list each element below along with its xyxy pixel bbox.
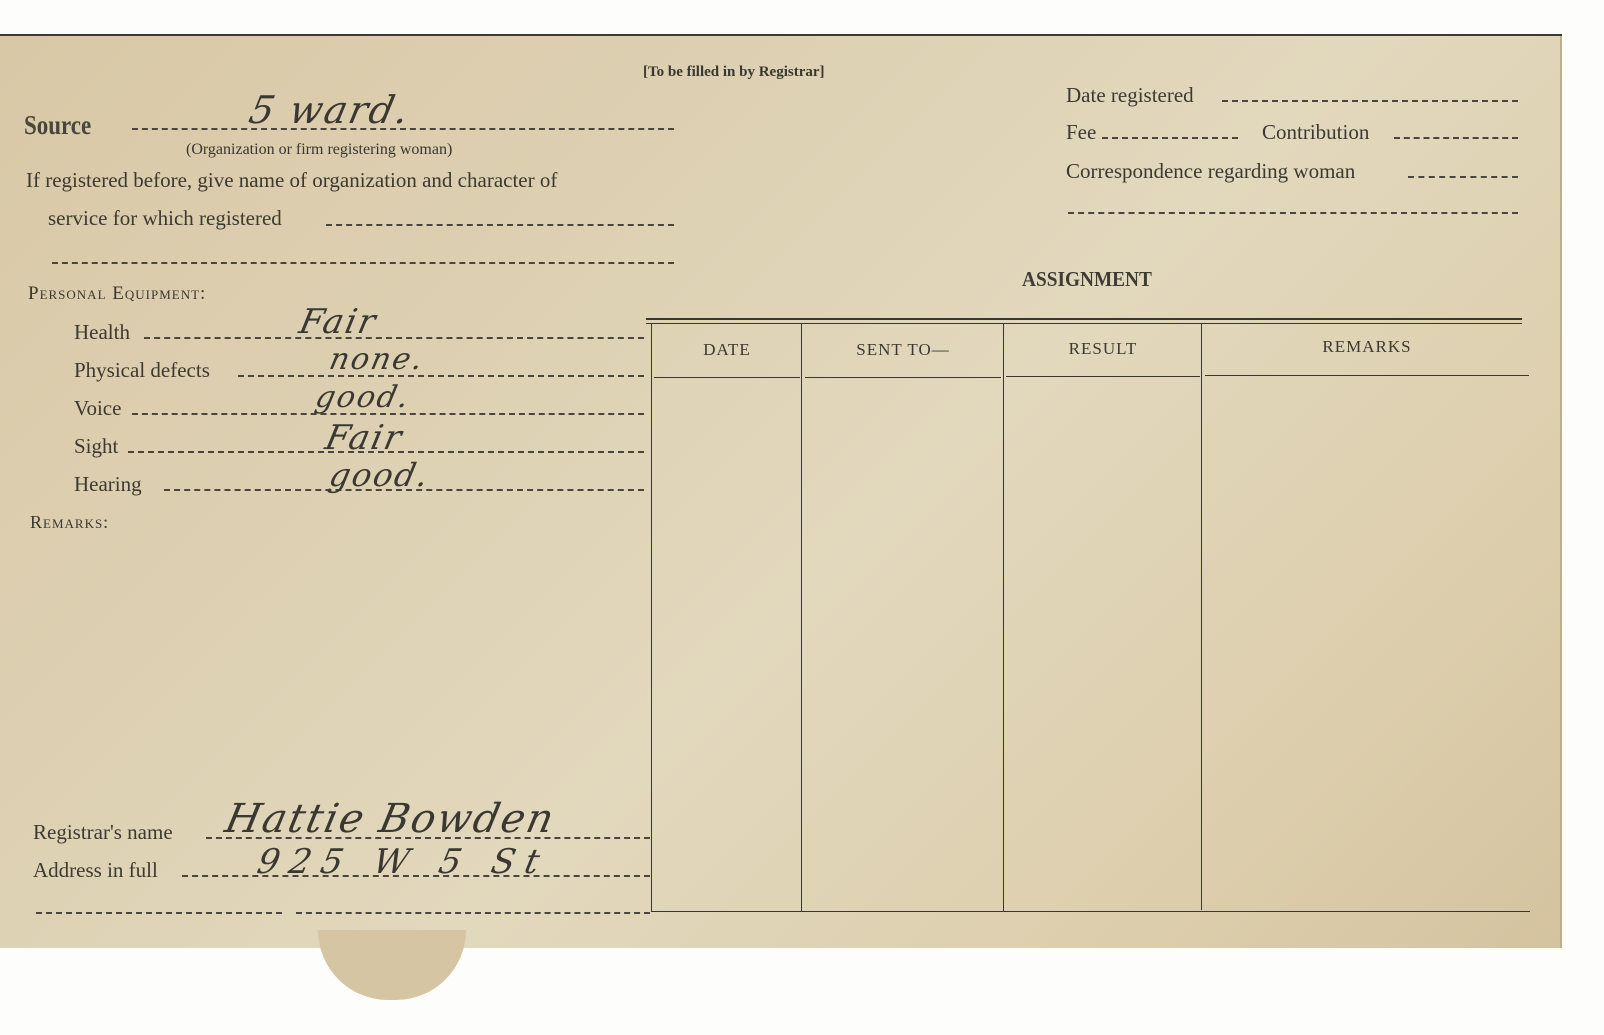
voice-label: Voice bbox=[74, 396, 121, 421]
extra-line-2[interactable] bbox=[296, 912, 650, 914]
hearing-label: Hearing bbox=[74, 472, 142, 497]
source-value[interactable]: 5 ward. bbox=[245, 88, 414, 132]
header-rule-date bbox=[654, 377, 800, 378]
header-rule-sent bbox=[805, 377, 1001, 378]
date-registered-field[interactable] bbox=[1222, 100, 1518, 102]
address-value[interactable]: 925 W 5 St bbox=[254, 842, 553, 882]
date-cell-area[interactable] bbox=[654, 380, 800, 910]
header-rule-remarks bbox=[1205, 375, 1529, 376]
address-label: Address in full bbox=[33, 858, 158, 883]
registrar-name-value[interactable]: Hattie Bowden bbox=[221, 796, 560, 842]
table-left-border bbox=[651, 324, 652, 912]
extra-line-1[interactable] bbox=[36, 912, 282, 914]
source-label: Source bbox=[24, 110, 91, 141]
personal-equipment-heading: Personal Equipment: bbox=[28, 283, 206, 305]
correspondence-field[interactable] bbox=[1408, 176, 1518, 178]
sight-label: Sight bbox=[74, 434, 118, 459]
col-divider-1 bbox=[801, 324, 802, 912]
health-line bbox=[144, 337, 644, 339]
fee-label: Fee bbox=[1066, 120, 1096, 145]
table-top-rule bbox=[646, 318, 1522, 320]
registered-before-line2: service for which registered bbox=[48, 206, 282, 231]
column-header-result: RESULT bbox=[1006, 339, 1200, 359]
registrar-name-label: Registrar's name bbox=[33, 820, 173, 845]
registrar-note: [To be filled in by Registrar] bbox=[643, 64, 825, 81]
assignment-title: ASSIGNMENT bbox=[1022, 267, 1152, 292]
health-value[interactable]: Fair bbox=[296, 302, 381, 342]
registered-before-field[interactable] bbox=[326, 224, 674, 226]
physical-defects-line bbox=[238, 375, 644, 377]
health-label: Health bbox=[74, 320, 130, 345]
correspondence-label: Correspondence regarding woman bbox=[1066, 159, 1355, 184]
column-header-remarks: REMARKS bbox=[1205, 337, 1529, 357]
hearing-value[interactable]: good. bbox=[326, 456, 434, 494]
col-divider-2 bbox=[1003, 324, 1004, 912]
date-registered-label: Date registered bbox=[1066, 83, 1194, 108]
physical-defects-label: Physical defects bbox=[74, 358, 210, 383]
voice-value[interactable]: good. bbox=[312, 380, 414, 415]
source-caption: (Organization or firm registering woman) bbox=[186, 141, 452, 159]
physical-defects-value[interactable]: none. bbox=[326, 342, 427, 377]
column-header-date: DATE bbox=[654, 340, 800, 360]
contribution-field[interactable] bbox=[1394, 137, 1518, 139]
col-divider-3 bbox=[1201, 324, 1202, 910]
correspondence-field-2[interactable] bbox=[1068, 212, 1518, 214]
remarks-cell-area[interactable] bbox=[1205, 380, 1529, 910]
column-header-sent-to: SENT TO— bbox=[805, 340, 1001, 360]
registered-before-line1: If registered before, give name of organ… bbox=[26, 168, 557, 193]
sent-to-cell-area[interactable] bbox=[805, 380, 1001, 910]
sight-value[interactable]: Fair bbox=[322, 418, 407, 458]
card-index-tab bbox=[318, 930, 466, 1000]
header-rule-result bbox=[1006, 376, 1200, 377]
table-bottom-rule bbox=[652, 911, 1530, 912]
result-cell-area[interactable] bbox=[1006, 380, 1200, 910]
fee-field[interactable] bbox=[1102, 137, 1238, 139]
contribution-label: Contribution bbox=[1262, 120, 1369, 145]
table-top-rule-inner bbox=[646, 323, 1522, 324]
remarks-label: Remarks: bbox=[30, 512, 109, 533]
registered-before-field-2[interactable] bbox=[52, 262, 674, 264]
